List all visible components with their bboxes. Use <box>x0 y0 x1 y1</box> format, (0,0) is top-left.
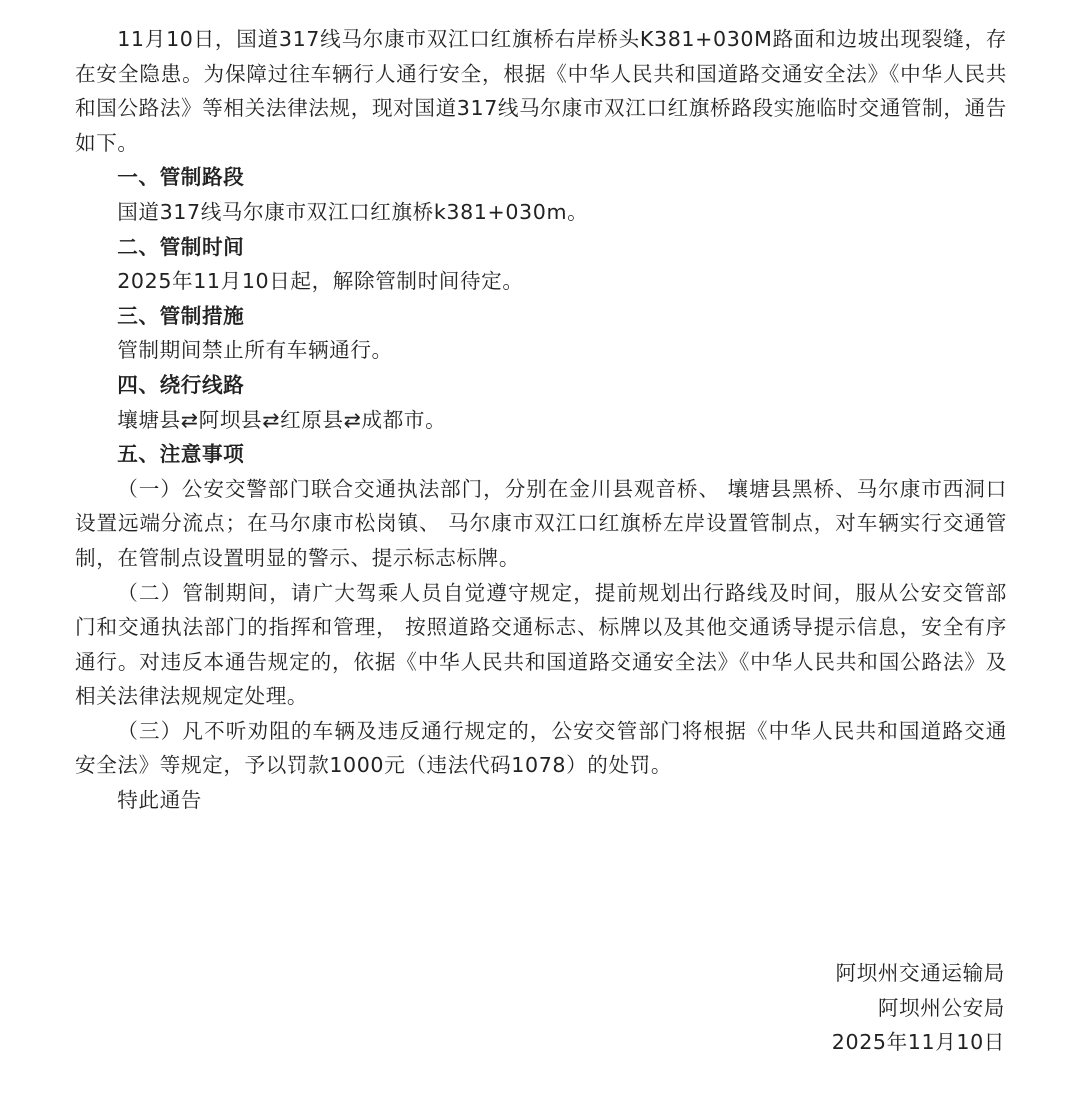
notice-document: 11月10日，国道317线马尔康市双江口红旗桥右岸桥头K381+030M路面和边… <box>75 22 1007 818</box>
issuer-public-security-bureau: 阿坝州公安局 <box>832 991 1005 1026</box>
section-heading-notes: 五、注意事项 <box>75 437 1007 472</box>
issuer-transport-bureau: 阿坝州交通运输局 <box>832 956 1005 991</box>
section-body-detour-route: 壤塘县⇄阿坝县⇄红原县⇄成都市。 <box>75 403 1007 438</box>
notes-item-2: （二）管制期间，请广大驾乘人员自觉遵守规定，提前规划出行路线及时间，服从公安交管… <box>75 576 1007 714</box>
section-body-control-measures: 管制期间禁止所有车辆通行。 <box>75 333 1007 368</box>
issue-date: 2025年11月10日 <box>832 1025 1005 1060</box>
section-heading-control-measures: 三、管制措施 <box>75 299 1007 334</box>
section-heading-detour-route: 四、绕行线路 <box>75 368 1007 403</box>
section-heading-control-time: 二、管制时间 <box>75 230 1007 265</box>
signature-block: 阿坝州交通运输局 阿坝州公安局 2025年11月10日 <box>832 956 1005 1060</box>
notes-item-1: （一）公安交警部门联合交通执法部门，分别在金川县观音桥、 壤塘县黑桥、马尔康市西… <box>75 472 1007 576</box>
closing-text: 特此通告 <box>75 783 1007 818</box>
notice-intro: 11月10日，国道317线马尔康市双江口红旗桥右岸桥头K381+030M路面和边… <box>75 22 1007 160</box>
section-heading-control-section: 一、管制路段 <box>75 160 1007 195</box>
section-body-control-section: 国道317线马尔康市双江口红旗桥k381+030m。 <box>75 195 1007 230</box>
notes-item-3: （三）凡不听劝阻的车辆及违反通行规定的，公安交管部门将根据《中华人民共和国道路交… <box>75 714 1007 783</box>
section-body-control-time: 2025年11月10日起，解除管制时间待定。 <box>75 264 1007 299</box>
